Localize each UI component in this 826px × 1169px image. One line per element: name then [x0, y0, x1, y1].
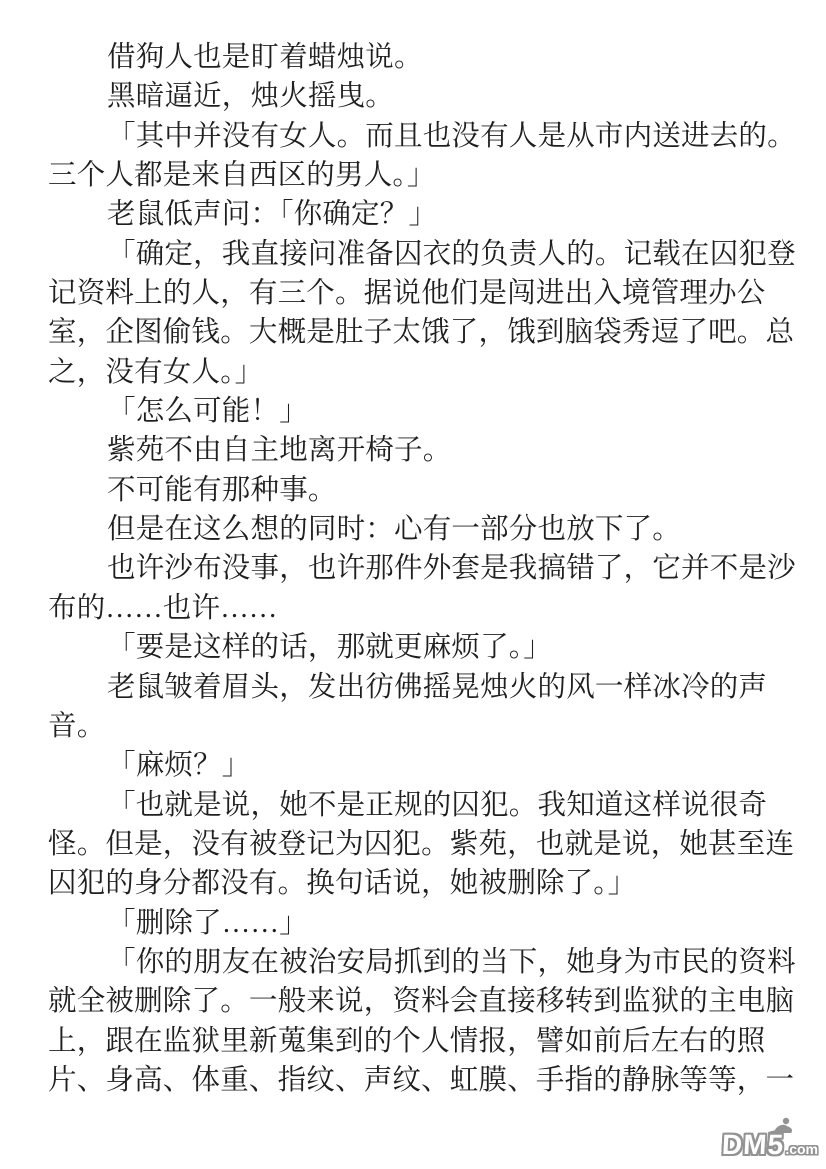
text-line: 「麻烦？」 [48, 746, 808, 785]
text-line: 不可能有那种事。 [48, 471, 808, 510]
text-line: 囚犯的身分都没有。换句话说，她被删除了。」 [48, 864, 808, 903]
text-line: 老鼠皱着眉头，发出彷佛摇晃烛火的风一样冰冷的声 [48, 668, 808, 707]
text-line: 紫苑不由自主地离开椅子。 [48, 431, 808, 470]
text-line: 音。 [48, 707, 808, 746]
text-line: 「要是这样的话，那就更麻烦了。」 [48, 628, 808, 667]
text-line: 之，没有女人。」 [48, 353, 808, 392]
text-line: 「其中并没有女人。而且也没有人是从市内送进去的。 [48, 117, 808, 156]
text-line: 老鼠低声问：「你确定？」 [48, 195, 808, 234]
text-line: 「删除了……」 [48, 904, 808, 943]
text-line: 黑暗逼近，烛火摇曳。 [48, 77, 808, 116]
text-line: 但是在这么想的同时：心有一部分也放下了。 [48, 510, 808, 549]
text-line: 「确定，我直接问准备囚衣的负责人的。记载在囚犯登 [48, 235, 808, 274]
text-line: 怪。但是，没有被登记为囚犯。紫苑，也就是说，她甚至连 [48, 825, 808, 864]
text-line: 借狗人也是盯着蜡烛说。 [48, 38, 808, 77]
text-line: 就全被删除了。一般来说，资料会直接移转到监狱的主电脑 [48, 982, 808, 1021]
watermark-suffix-text: .com [785, 1141, 818, 1157]
text-line: 「你的朋友在被治安局抓到的当下，她身为市民的资料 [48, 943, 808, 982]
watermark-dm5-logo: DM5 .com [722, 1129, 818, 1161]
text-line: 上，跟在监狱里新蒐集到的个人情报，譬如前后左右的照 [48, 1022, 808, 1061]
text-line: 布的……也许…… [48, 589, 808, 628]
watermark-brand-text: DM5 [721, 1129, 785, 1161]
text-line: 三个人都是来自西区的男人。」 [48, 156, 808, 195]
text-line: 室，企图偷钱。大概是肚子太饿了，饿到脑袋秀逗了吧。总 [48, 313, 808, 352]
text-line: 记资料上的人，有三个。据说他们是闯进出入境管理办公 [48, 274, 808, 313]
text-line: 片、身高、体重、指纹、声纹、虹膜、手指的静脉等等，一 [48, 1061, 808, 1100]
text-line: 「怎么可能！」 [48, 392, 808, 431]
text-block: 借狗人也是盯着蜡烛说。 黑暗逼近，烛火摇曳。 「其中并没有女人。而且也没有人是从… [48, 38, 808, 1100]
novel-page: 借狗人也是盯着蜡烛说。 黑暗逼近，烛火摇曳。 「其中并没有女人。而且也没有人是从… [0, 0, 826, 1169]
text-line: 「也就是说，她不是正规的囚犯。我知道这样说很奇 [48, 786, 808, 825]
text-line: 也许沙布没事，也许那件外套是我搞错了，它并不是沙 [48, 549, 808, 588]
